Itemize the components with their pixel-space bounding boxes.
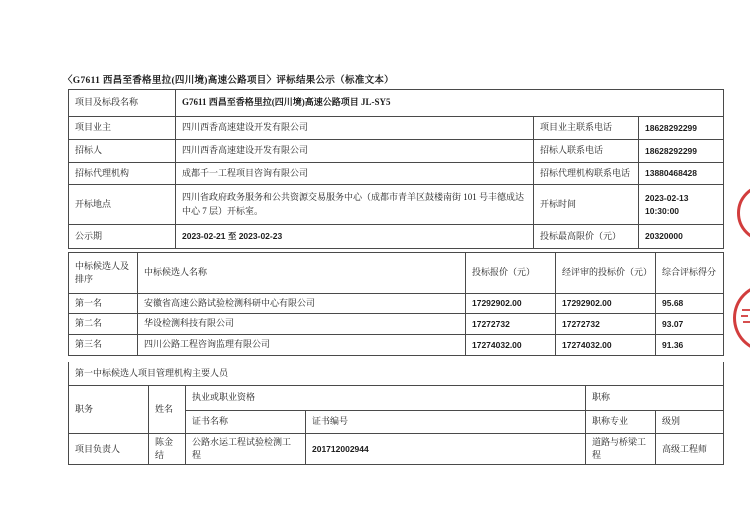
table-row: 开标地点 四川省政府政务服务和公共资源交易服务中心（成都市青羊区鼓楼南街 101… xyxy=(69,185,724,225)
table-row: 第三名 四川公路工程咨询监理有限公司 17274032.00 17274032.… xyxy=(69,335,724,356)
candidate-reviewed-price: 17292902.00 xyxy=(556,294,656,314)
column-header: 中标候选人名称 xyxy=(138,253,466,294)
bid-result-document: 〈G7611 西昌至香格里拉(四川境)高速公路项目〉评标结果公示（标准文本） 项… xyxy=(0,0,750,530)
table-row: 项目业主 四川西香高速建设开发有限公司 项目业主联系电话 18628292299 xyxy=(69,117,724,140)
candidate-price: 17272732 xyxy=(466,314,556,335)
table-row: 项目负责人 陈金结 公路水运工程试验检测工程 201712002944 道路与桥… xyxy=(69,434,724,465)
column-header: 级别 xyxy=(656,411,724,434)
person-duty: 项目负责人 xyxy=(69,434,149,465)
candidate-name: 安徽省高速公路试验检测科研中心有限公司 xyxy=(138,294,466,314)
field-label: 项目业主联系电话 xyxy=(534,117,639,140)
table-row: 招标代理机构 成都千一工程项目咨询有限公司 招标代理机构联系电话 1388046… xyxy=(69,163,724,185)
seal-text-fragment xyxy=(743,321,750,323)
official-seal-icon xyxy=(733,284,750,352)
table-row: 第二名 华设检测科技有限公司 17272732 17272732 93.07 xyxy=(69,314,724,335)
seal-text-fragment xyxy=(742,309,750,311)
column-header: 综合评标得分 xyxy=(656,253,724,294)
project-name-value: G7611 西昌至香格里拉(四川境)高速公路项目 JL-SY5 xyxy=(176,90,724,117)
candidate-price: 17292902.00 xyxy=(466,294,556,314)
field-value: 四川省政府政务服务和公共资源交易服务中心（成都市青羊区鼓楼南街 101 号丰德成… xyxy=(176,185,534,225)
field-value: 2023-02-21 至 2023-02-23 xyxy=(176,225,534,249)
field-value: 四川西香高速建设开发有限公司 xyxy=(176,140,534,163)
candidate-name: 四川公路工程咨询监理有限公司 xyxy=(138,335,466,356)
candidate-reviewed-price: 17272732 xyxy=(556,314,656,335)
table-row: 项目及标段名称 G7611 西昌至香格里拉(四川境)高速公路项目 JL-SY5 xyxy=(69,90,724,117)
table-section-row: 第一中标候选人项目管理机构主要人员 xyxy=(69,363,724,386)
table-header-row: 中标候选人及排序 中标候选人名称 投标报价（元） 经评审的投标价（元） 综合评标… xyxy=(69,253,724,294)
field-label: 投标最高限价（元） xyxy=(534,225,639,249)
column-header: 姓名 xyxy=(149,386,186,434)
field-label: 项目业主 xyxy=(69,117,176,140)
field-label: 开标时间 xyxy=(534,185,639,225)
column-header: 证书名称 xyxy=(186,411,306,434)
candidate-reviewed-price: 17274032.00 xyxy=(556,335,656,356)
field-value: 四川西香高速建设开发有限公司 xyxy=(176,117,534,140)
field-label: 招标人 xyxy=(69,140,176,163)
section-title: 第一中标候选人项目管理机构主要人员 xyxy=(69,363,724,386)
candidates-table: 中标候选人及排序 中标候选人名称 投标报价（元） 经评审的投标价（元） 综合评标… xyxy=(68,252,724,356)
column-header: 职称 xyxy=(586,386,724,411)
person-cert-name: 公路水运工程试验检测工程 xyxy=(186,434,306,465)
candidate-price: 17274032.00 xyxy=(466,335,556,356)
column-header: 证书编号 xyxy=(306,411,586,434)
table-row: 公示期 2023-02-21 至 2023-02-23 投标最高限价（元） 20… xyxy=(69,225,724,249)
table-header-row: 职务 姓名 执业或职业资格 职称 xyxy=(69,386,724,411)
document-title: 〈G7611 西昌至香格里拉(四川境)高速公路项目〉评标结果公示（标准文本） xyxy=(63,72,394,86)
person-title-level: 高级工程师 xyxy=(656,434,724,465)
project-info-table: 项目及标段名称 G7611 西昌至香格里拉(四川境)高速公路项目 JL-SY5 … xyxy=(68,89,724,249)
field-value: 成都千一工程项目咨询有限公司 xyxy=(176,163,534,185)
open-time-value: 2023-02-13 10:30:00 xyxy=(639,185,724,225)
phone-value: 18628292299 xyxy=(639,117,724,140)
candidate-rank: 第三名 xyxy=(69,335,138,356)
field-label: 项目及标段名称 xyxy=(69,90,176,117)
phone-value: 18628292299 xyxy=(639,140,724,163)
field-label: 公示期 xyxy=(69,225,176,249)
table-row: 招标人 四川西香高速建设开发有限公司 招标人联系电话 18628292299 xyxy=(69,140,724,163)
field-label: 招标代理机构 xyxy=(69,163,176,185)
person-title-major: 道路与桥梁工程 xyxy=(586,434,656,465)
price-limit-value: 20320000 xyxy=(639,225,724,249)
official-seal-icon xyxy=(737,184,750,242)
phone-value: 13880468428 xyxy=(639,163,724,185)
seal-text-fragment xyxy=(741,315,748,317)
column-header: 职务 xyxy=(69,386,149,434)
person-cert-no: 201712002944 xyxy=(306,434,586,465)
field-label: 开标地点 xyxy=(69,185,176,225)
candidate-score: 91.36 xyxy=(656,335,724,356)
candidate-name: 华设检测科技有限公司 xyxy=(138,314,466,335)
candidate-score: 93.07 xyxy=(656,314,724,335)
column-header: 投标报价（元） xyxy=(466,253,556,294)
personnel-table: 第一中标候选人项目管理机构主要人员 职务 姓名 执业或职业资格 职称 证书名称 … xyxy=(68,362,724,465)
table-row: 第一名 安徽省高速公路试验检测科研中心有限公司 17292902.00 1729… xyxy=(69,294,724,314)
candidate-score: 95.68 xyxy=(656,294,724,314)
field-label: 招标代理机构联系电话 xyxy=(534,163,639,185)
field-label: 招标人联系电话 xyxy=(534,140,639,163)
person-name: 陈金结 xyxy=(149,434,186,465)
column-header: 执业或职业资格 xyxy=(186,386,586,411)
candidate-rank: 第一名 xyxy=(69,294,138,314)
column-header: 职称专业 xyxy=(586,411,656,434)
column-header: 中标候选人及排序 xyxy=(69,253,138,294)
column-header: 经评审的投标价（元） xyxy=(556,253,656,294)
candidate-rank: 第二名 xyxy=(69,314,138,335)
